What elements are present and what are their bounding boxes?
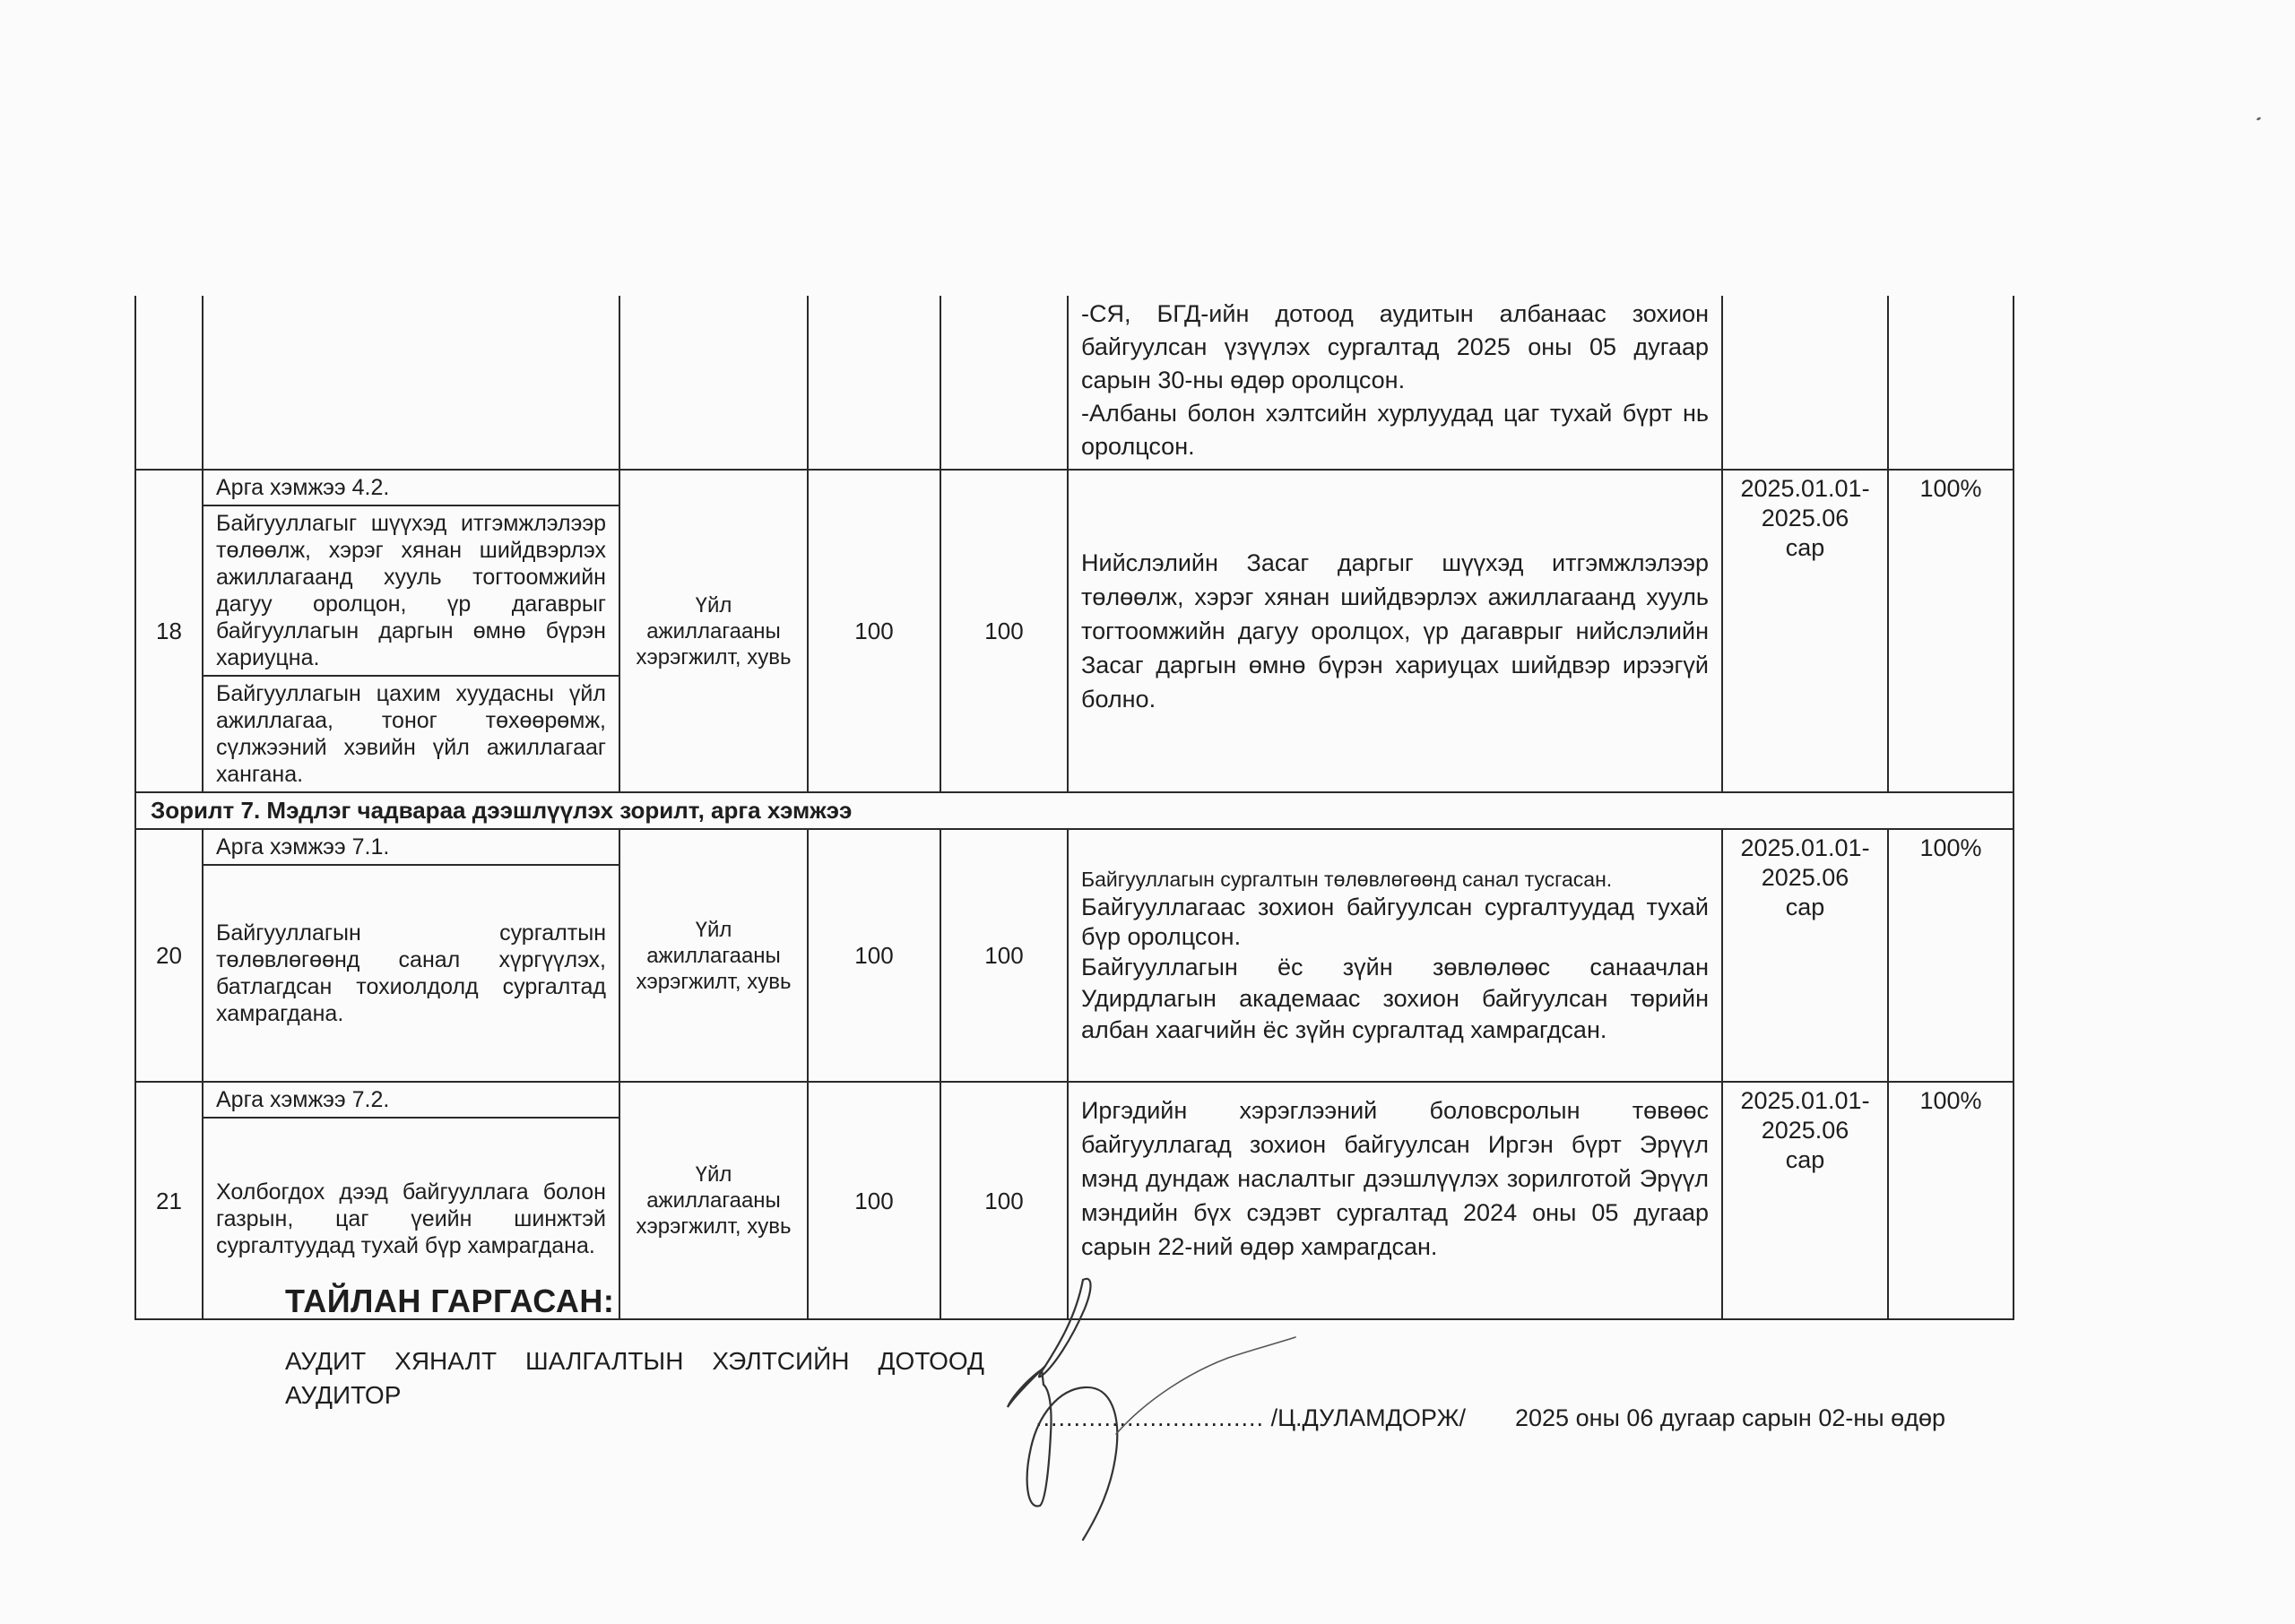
cell-progress: 100% [1888,1082,2014,1319]
signature-dots: .............................. [1035,1404,1264,1431]
measure-title: Арга хэмжээ 7.1. [204,830,619,866]
cell-deadline [1722,296,1888,470]
cell-progress: 100% [1888,470,2014,792]
section-header-row: Зорилт 7. Мэдлэг чадвараа дээшлүүлэх зор… [135,792,2014,829]
cell-result: Байгууллагын сургалтын төлөвлөгөөнд сана… [1068,829,1722,1082]
report-prepared-by-heading: ТАЙЛАН ГАРГАСАН: [285,1283,614,1320]
cell-result: Нийслэлийн Засаг даргыг шүүхэд итгэмжлэл… [1068,470,1722,792]
row-number: 21 [135,1082,203,1319]
cell-indicator: Үйл ажиллагааны хэрэгжилт, хувь [619,1082,808,1319]
result-line: -СЯ, БГД-ийн дотоод аудитын албанаас зох… [1081,298,1709,397]
cell-target [940,296,1068,470]
signer-role: АУДИТ ХЯНАЛТ ШАЛГАЛТЫН ХЭЛТСИЙН ДОТООД А… [285,1344,984,1412]
cell-baseline: 100 [808,1082,940,1319]
measure-title: Арга хэмжээ 4.2. [204,471,619,506]
cell-result: -СЯ, БГД-ийн дотоод аудитын албанаас зох… [1068,296,1722,470]
result-line: Байгууллагаас зохион байгуулсан сургалту… [1081,893,1709,952]
cell-baseline: 100 [808,829,940,1082]
measure-item: Байгууллагын цахим хуудасны үйл ажиллага… [204,675,619,791]
signature-line: .............................. /Ц.ДУЛАМД… [1035,1404,1466,1432]
scan-speck [2256,117,2262,121]
cell-target: 100 [940,1082,1068,1319]
row-number: 20 [135,829,203,1082]
cell-deadline: 2025.01.01- 2025.06 сар [1722,829,1888,1082]
cell-result: Иргэдийн хэрэглээний боловсролын төвөөс … [1068,1082,1722,1319]
cell-target: 100 [940,829,1068,1082]
cell-indicator: Үйл ажиллагааны хэрэгжилт, хувь [619,829,808,1082]
cell-deadline: 2025.01.01- 2025.06 сар [1722,1082,1888,1319]
report-table: -СЯ, БГД-ийн дотоод аудитын албанаас зох… [134,296,2014,1320]
result-line: -Албаны болон хэлтсийн хурлуудад цаг тух… [1081,397,1709,463]
result-line: Иргэдийн хэрэглээний боловсролын төвөөс … [1081,1093,1709,1264]
cell-progress [1888,296,2014,470]
table-row: 20 Арга хэмжээ 7.1. Байгууллагын сургалт… [135,829,2014,1082]
cell-measure [203,296,619,470]
result-line: Нийслэлийн Засаг даргыг шүүхэд итгэмжлэл… [1081,546,1709,716]
measure-item: Байгууллагын сургалтын төлөвлөгөөнд сана… [204,866,619,1081]
table-row-continuation: -СЯ, БГД-ийн дотоод аудитын албанаас зох… [135,296,2014,470]
section-title: Зорилт 7. Мэдлэг чадвараа дээшлүүлэх зор… [135,792,2014,829]
measure-title: Арга хэмжээ 7.2. [204,1083,619,1119]
document-page: -СЯ, БГД-ийн дотоод аудитын албанаас зох… [0,0,2295,1624]
cell-progress: 100% [1888,829,2014,1082]
row-number: 18 [135,470,203,792]
cell-target: 100 [940,470,1068,792]
cell-measure: Арга хэмжээ 4.2. Байгууллагыг шүүхэд итг… [203,470,619,792]
report-date: 2025 оны 06 дугаар сарын 02-ны өдөр [1515,1404,1945,1432]
table-row: 18 Арга хэмжээ 4.2. Байгууллагыг шүүхэд … [135,470,2014,792]
result-line: Байгууллагын сургалтын төлөвлөгөөнд сана… [1081,866,1709,893]
cell-baseline [808,296,940,470]
cell-indicator [619,296,808,470]
cell-baseline: 100 [808,470,940,792]
cell-indicator: Үйл ажиллагааны хэрэгжилт, хувь [619,470,808,792]
result-line: Байгууллагын ёс зүйн зөвлөлөөс санаачлан… [1081,952,1709,1046]
cell-number [135,296,203,470]
cell-deadline: 2025.01.01- 2025.06 сар [1722,470,1888,792]
cell-measure: Арга хэмжээ 7.1. Байгууллагын сургалтын … [203,829,619,1082]
measure-item: Байгууллагыг шүүхэд итгэмжлэлээр төлөөлж… [204,506,619,675]
signer-name: /Ц.ДУЛАМДОРЖ/ [1271,1404,1466,1431]
